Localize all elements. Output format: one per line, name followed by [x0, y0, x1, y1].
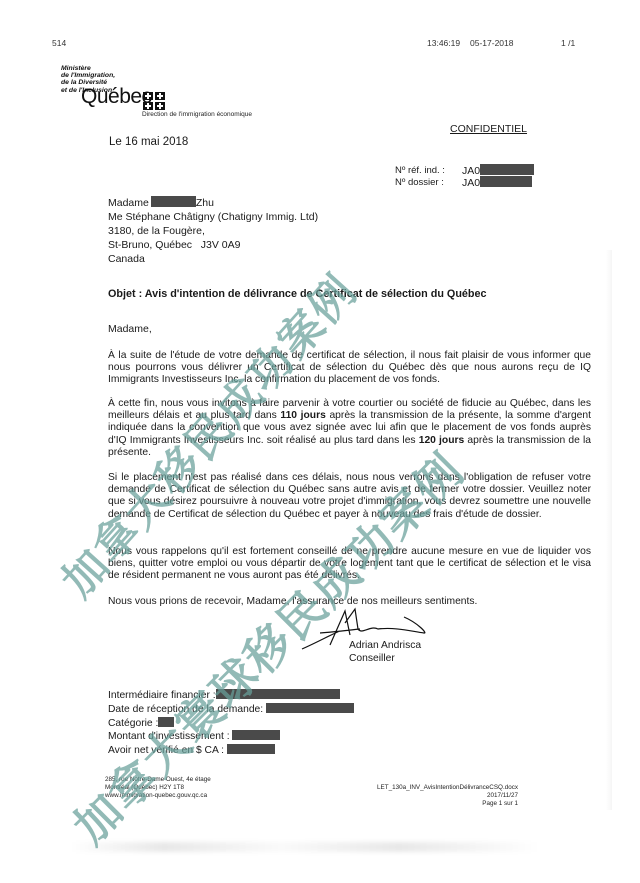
page-edge-shadow	[606, 250, 612, 810]
body-paragraph: Nous vous rappelons qu'il est fortement …	[108, 546, 591, 583]
fax-time: 13:46:19	[427, 38, 460, 48]
address-line: Me Stéphane Châtigny (Chatigny Immig. Lt…	[108, 210, 318, 224]
letter-date: Le 16 mai 2018	[109, 136, 188, 148]
fax-page-count: 1 /1	[561, 38, 575, 48]
ministry-line: Ministère	[61, 65, 115, 72]
ministry-line: de l'Immigration,	[61, 72, 115, 79]
redacted-block	[266, 703, 354, 713]
body-paragraph: À cette fin, nous vous invitons à faire …	[108, 398, 591, 459]
address-line: St-Bruno, Québec J3V 0A9	[108, 238, 318, 252]
detail-label: Avoir net vérifié en $ CA :	[108, 745, 224, 756]
detail-label: Intermédiaire financier :	[108, 690, 216, 701]
redacted-block	[232, 730, 280, 740]
recipient-title: Madame	[108, 197, 149, 209]
ref-ind-label: Nº réf. ind. :	[395, 165, 445, 176]
detail-financial-intermediary: Intermédiaire financier :	[108, 689, 354, 703]
body-paragraph: À la suite de l'étude de votre demande d…	[108, 350, 591, 387]
dossier-prefix: JA0	[462, 177, 480, 189]
scan-shadow	[70, 842, 540, 852]
flag-quadrant	[143, 92, 153, 100]
footer-line: 285, rue Notre-Dame Ouest, 4e étage	[105, 776, 211, 784]
detail-label: Montant d'investissement :	[108, 731, 230, 742]
footer-line: Montréal (Québec) H2Y 1T8	[105, 784, 211, 792]
signer-title: Conseiller	[349, 653, 421, 666]
detail-reception-date: Date de réception de la demande:	[108, 703, 354, 717]
redacted-block	[158, 717, 174, 727]
redacted-block	[480, 164, 534, 175]
detail-category: Catégorie :	[108, 717, 354, 731]
flag-quadrant	[155, 102, 165, 110]
detail-verified-net-worth: Avoir net vérifié en $ CA :	[108, 744, 354, 758]
page-indicator: Page 1 sur 1	[368, 800, 518, 808]
greeting: Madame,	[108, 323, 152, 335]
fax-sender-number: 514	[52, 38, 66, 48]
detail-label: Date de réception de la demande:	[108, 704, 263, 715]
flag-quadrant	[143, 102, 153, 110]
direction-name: Direction de l'immigration économique	[142, 111, 252, 118]
quebec-logo-wordmark: Québec	[81, 86, 152, 108]
redacted-block	[216, 689, 340, 699]
deadline-110-days: 110 jours	[280, 410, 325, 421]
fax-date: 05-17-2018	[470, 38, 513, 48]
address-line: 3180, de la Fougère,	[108, 224, 318, 238]
detail-label: Catégorie :	[108, 718, 158, 729]
office-address: 285, rue Notre-Dame Ouest, 4e étage Mont…	[105, 776, 211, 801]
recipient-address: MadameZhu Me Stéphane Châtigny (Chatigny…	[108, 196, 318, 266]
redacted-block	[480, 176, 532, 187]
signer-name: Adrian Andrisca	[349, 640, 421, 653]
application-details: Intermédiaire financier : Date de récept…	[108, 689, 354, 758]
footer-website: www.immigration-quebec.gouv.qc.ca	[105, 792, 211, 800]
deadline-120-days: 120 jours	[419, 435, 465, 446]
dossier-label: Nº dossier :	[395, 177, 444, 188]
detail-investment-amount: Montant d'investissement :	[108, 730, 354, 744]
recipient-surname: Zhu	[196, 197, 214, 209]
signer-block: Adrian Andrisca Conseiller	[349, 640, 421, 665]
redacted-block	[151, 196, 196, 207]
redacted-block	[227, 744, 275, 754]
recipient-name: MadameZhu	[108, 196, 318, 210]
document-date: 2017/11/27	[368, 792, 518, 800]
document-filename: LET_130a_INV_AvisIntentionDélivranceCSQ.…	[368, 784, 518, 792]
flag-quadrant	[155, 92, 165, 100]
quebec-flag-icon	[143, 92, 165, 110]
confidential-label: CONFIDENTIEL	[450, 123, 527, 135]
body-paragraph: Si le placement n'est pas réalisé dans c…	[108, 472, 591, 521]
letter-subject: Objet : Avis d'intention de délivrance d…	[108, 288, 487, 300]
address-line: Canada	[108, 252, 318, 266]
dossier-value: JA0	[462, 176, 532, 189]
document-reference: LET_130a_INV_AvisIntentionDélivranceCSQ.…	[368, 784, 518, 809]
